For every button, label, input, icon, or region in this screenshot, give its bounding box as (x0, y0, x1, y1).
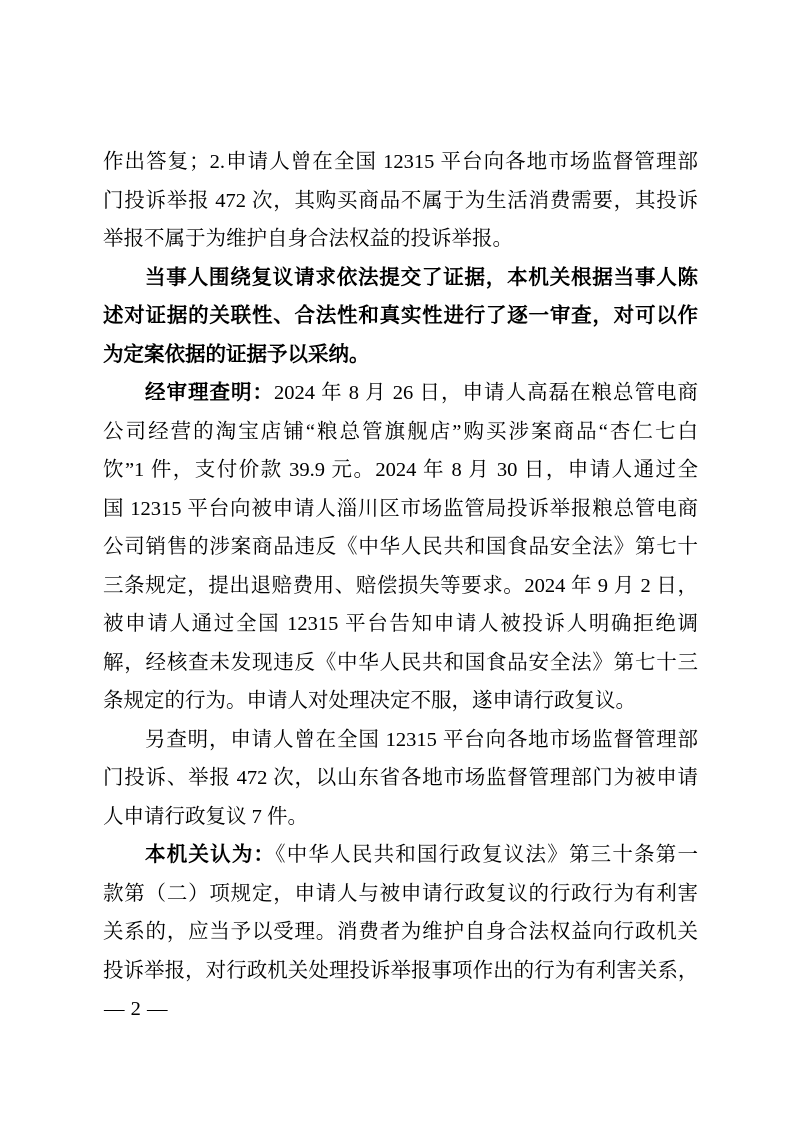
body-text: 条规定的行为。申请人对处理决定不服，遂申请行政复议。 (103, 690, 636, 712)
text-line: 关系的，应当予以受理。消费者为维护自身合法权益向行政机关 (103, 913, 698, 952)
para-prior-complaints-argument: 作出答复；2.申请人曾在全国 12315 平台向各地市场监督管理部门投诉举报 4… (103, 143, 698, 259)
text-line: 人申请行政复议 7 件。 (103, 798, 698, 837)
emphasis-text: 本机关认为： (145, 843, 275, 866)
body-text: 另查明，申请人曾在全国 12315 平台向各地市场监督管理部 (145, 729, 698, 751)
document-body: 作出答复；2.申请人曾在全国 12315 平台向各地市场监督管理部门投诉举报 4… (103, 143, 698, 990)
para-facts-found: 经审理查明：2024 年 8 月 26 日，申请人高磊在粮总管电商公司经营的淘宝… (103, 374, 698, 721)
text-line: 解，经核查未发现违反《中华人民共和国食品安全法》第七十三 (103, 644, 698, 683)
text-line: 被申请人通过全国 12315 平台告知申请人被投诉人明确拒绝调 (103, 605, 698, 644)
body-text: 国 12315 平台向被申请人淄川区市场监管局投诉举报粮总管电商 (103, 498, 698, 520)
text-line: 三条规定，提出退赔费用、赔偿损失等要求。2024 年 9 月 2 日， (103, 567, 698, 606)
body-text: 公司经营的淘宝店铺“粮总管旗舰店”购买涉案商品“杏仁七白 (103, 421, 698, 443)
body-text: 门投诉举报 472 次，其购买商品不属于为生活消费需要，其投诉 (103, 190, 698, 212)
text-line: 公司销售的涉案商品违反《中华人民共和国食品安全法》第七十 (103, 528, 698, 567)
body-text: 款第（二）项规定，申请人与被申请行政复议的行政行为有利害 (103, 883, 698, 905)
text-line: 饮”1 件，支付价款 39.9 元。2024 年 8 月 30 日，申请人通过全 (103, 451, 698, 490)
text-line: 另查明，申请人曾在全国 12315 平台向各地市场监督管理部 (103, 721, 698, 760)
text-line: 公司经营的淘宝店铺“粮总管旗舰店”购买涉案商品“杏仁七白 (103, 413, 698, 452)
text-line: 条规定的行为。申请人对处理决定不服，遂申请行政复议。 (103, 682, 698, 721)
text-line: 投诉举报，对行政机关处理投诉举报事项作出的行为有利害关系， (103, 952, 698, 991)
body-text: 门投诉、举报 472 次，以山东省各地市场监督管理部门为被申请 (103, 767, 698, 789)
document-page: 作出答复；2.申请人曾在全国 12315 平台向各地市场监督管理部门投诉举报 4… (0, 0, 794, 1123)
body-text: 人申请行政复议 7 件。 (103, 806, 308, 828)
body-text: 《中华人民共和国行政复议法》第三十条第一 (275, 844, 698, 866)
emphasis-text: 述对证据的关联性、合法性和真实性进行了逐一审查，对可以作 (103, 304, 698, 327)
emphasis-text: 为定案依据的证据予以采纳。 (103, 343, 370, 366)
body-text: 解，经核查未发现违反《中华人民共和国食品安全法》第七十三 (103, 652, 698, 674)
text-line: 为定案依据的证据予以采纳。 (103, 336, 698, 375)
emphasis-text: 经审理查明： (145, 381, 274, 404)
text-line: 门投诉、举报 472 次，以山东省各地市场监督管理部门为被申请 (103, 759, 698, 798)
emphasis-text: 当事人围绕复议请求依法提交了证据，本机关根据当事人陈 (145, 266, 698, 289)
body-text: 三条规定，提出退赔费用、赔偿损失等要求。2024 年 9 月 2 日， (103, 575, 698, 597)
para-evidence-review: 当事人围绕复议请求依法提交了证据，本机关根据当事人陈述对证据的关联性、合法性和真… (103, 259, 698, 375)
text-line: 国 12315 平台向被申请人淄川区市场监管局投诉举报粮总管电商 (103, 490, 698, 529)
text-line: 当事人围绕复议请求依法提交了证据，本机关根据当事人陈 (103, 259, 698, 298)
body-text: 被申请人通过全国 12315 平台告知申请人被投诉人明确拒绝调 (103, 613, 698, 635)
text-line: 本机关认为：《中华人民共和国行政复议法》第三十条第一 (103, 836, 698, 875)
body-text: 公司销售的涉案商品违反《中华人民共和国食品安全法》第七十 (103, 536, 698, 558)
text-line: 门投诉举报 472 次，其购买商品不属于为生活消费需要，其投诉 (103, 182, 698, 221)
text-line: 经审理查明：2024 年 8 月 26 日，申请人高磊在粮总管电商 (103, 374, 698, 413)
para-authority-opinion: 本机关认为：《中华人民共和国行政复议法》第三十条第一款第（二）项规定，申请人与被… (103, 836, 698, 990)
body-text: 饮”1 件，支付价款 39.9 元。2024 年 8 月 30 日，申请人通过全 (103, 459, 698, 481)
body-text: 投诉举报，对行政机关处理投诉举报事项作出的行为有利害关系， (103, 960, 698, 982)
text-line: 述对证据的关联性、合法性和真实性进行了逐一审查，对可以作 (103, 297, 698, 336)
body-text: 2024 年 8 月 26 日，申请人高磊在粮总管电商 (274, 382, 698, 404)
text-line: 款第（二）项规定，申请人与被申请行政复议的行政行为有利害 (103, 875, 698, 914)
page-number: — 2 — (104, 990, 168, 1029)
para-additional-findings: 另查明，申请人曾在全国 12315 平台向各地市场监督管理部门投诉、举报 472… (103, 721, 698, 837)
body-text: 作出答复；2.申请人曾在全国 12315 平台向各地市场监督管理部 (103, 151, 698, 173)
body-text: 关系的，应当予以受理。消费者为维护自身合法权益向行政机关 (103, 921, 698, 943)
body-text: 举报不属于为维护自身合法权益的投诉举报。 (103, 228, 513, 250)
text-line: 举报不属于为维护自身合法权益的投诉举报。 (103, 220, 698, 259)
text-line: 作出答复；2.申请人曾在全国 12315 平台向各地市场监督管理部 (103, 143, 698, 182)
